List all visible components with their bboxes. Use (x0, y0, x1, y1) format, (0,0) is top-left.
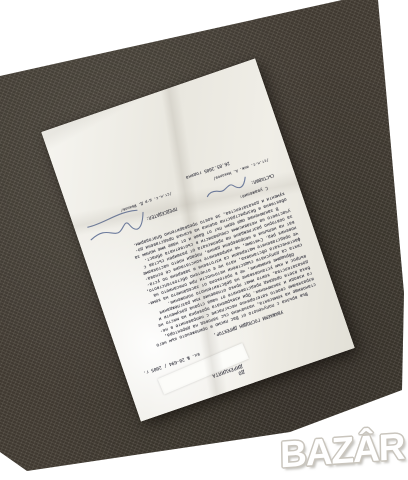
bazar-logo: BAZÂR (279, 426, 404, 477)
photo-of-document: ДО ДИРЕКЦИЯТА вх. № 20-694 / 2005 г. УВА… (0, 0, 408, 480)
